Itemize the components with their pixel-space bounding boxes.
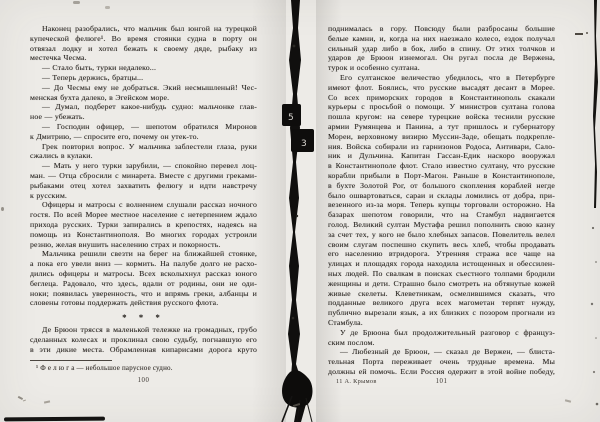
- text-line: отвязал лодку и хотел бежать к своему дя…: [30, 44, 257, 54]
- text-line: Его султанское величество убедилось, что…: [328, 73, 555, 83]
- scan-artifact-mark: [565, 399, 571, 402]
- binding-tab-2-label: 3: [301, 139, 307, 149]
- footnote: ¹ Ф е л ю г а — небольшое парусное судно…: [36, 364, 256, 372]
- text-line: — Мать у него турки зарубили, — спокойно…: [30, 161, 257, 171]
- text-line: словены готовы поддержать действия русск…: [30, 298, 257, 308]
- section-separator: * * *: [30, 313, 257, 323]
- text-line: Со всех приморских городов в Константино…: [328, 93, 555, 103]
- scan-artifact-dot: [1, 207, 4, 211]
- text-line: улицах и площадях города находила истоще…: [328, 259, 555, 269]
- binding-blob-bottom: [282, 370, 313, 407]
- text-line: имеют флот. Боялись, что русские высадят…: [328, 83, 555, 93]
- text-line: везенного из-за моря. Теперь купцы торго…: [328, 200, 555, 210]
- text-line: — До Чесмы ему не добраться. Экий несмыш…: [30, 83, 257, 93]
- text-line: голод. Великий султан Мустафа решил попо…: [328, 220, 555, 230]
- text-line: в бухте Золотой Рог, от большого скоплен…: [328, 181, 555, 191]
- text-line: белые камни, и, когда на них наезжало ко…: [328, 34, 555, 44]
- text-line: прихода русских. Турки запирались в креп…: [30, 220, 257, 230]
- text-line: ное — убежать.: [30, 112, 257, 122]
- text-line: было ошвартоваться, сараи и склады ломил…: [328, 191, 555, 201]
- text-line: публично вырезали язык, а их близких с п…: [328, 308, 555, 318]
- text-line: ман. — Отца сбросили с минарета. Вместе …: [30, 171, 257, 181]
- text-line: ским послом.: [328, 338, 555, 348]
- binding-tab-1-label: 5: [288, 113, 294, 123]
- text-line: Де Брюон трясся в маленькой тележке на г…: [30, 325, 257, 335]
- page-edge-line: [585, 0, 600, 422]
- text-line: гостя. По всей Морее местное население с…: [30, 210, 257, 220]
- text-line: ник и Дульчина. Капитан Гассан-Едик наск…: [328, 151, 555, 161]
- text-line: корабли прибыли в Порт-Магон. Раньше в К…: [328, 171, 555, 181]
- text-line: — Господин офицер, — шепотом обратился М…: [30, 122, 257, 132]
- text-line: купеческой фелюге¹. Во время стоянки суд…: [30, 34, 257, 44]
- right-page-text: поднималась в гору. Повсюду были разброс…: [328, 24, 555, 377]
- text-line: Мореи, верховному визирю Муссин-Заде, об…: [328, 132, 555, 142]
- text-line: в Константинополе флот. Стало известно с…: [328, 161, 555, 171]
- text-line: ных людей. По свалкам в поисках съестног…: [328, 269, 555, 279]
- text-line: — Стало быть, турки недалеко...: [30, 63, 257, 73]
- text-line: к Дмитрию, — спросите его, почему он уте…: [30, 132, 257, 142]
- text-line: подданные великого друга всех магометан …: [328, 298, 555, 308]
- text-line: менская бухта далеко, в Эгейском море.: [30, 93, 257, 103]
- text-line: местечка Чесма.: [30, 53, 257, 63]
- scan-artifact-mark: [44, 400, 50, 403]
- text-line: живые скелеты. Клеветникам, осмелившимся…: [328, 289, 555, 299]
- text-line: к русским.: [30, 191, 257, 201]
- text-line: а пока его увели вниз — кормить. На палу…: [30, 259, 257, 269]
- text-line: поднималась в гору. Повсюду были разброс…: [328, 24, 555, 34]
- text-line: Стамбула.: [328, 318, 555, 328]
- page-number-left: 100: [30, 377, 257, 384]
- text-line: сделанных колесах и проклинал свою судьб…: [30, 335, 257, 345]
- text-line: — Любезный де Брюон, — сказал де Вержен,…: [328, 347, 555, 357]
- scan-artifact-mark: [18, 396, 23, 400]
- text-line: ния. Войска собирали из гарнизонов Родос…: [328, 142, 555, 152]
- text-line: тельная Порта переживает очень трудные в…: [328, 357, 555, 367]
- text-line: женщины и дети. Страшно было смотреть на…: [328, 279, 555, 289]
- text-line: должны ей помочь. Если Россия одержит в …: [328, 367, 555, 377]
- text-line: — Думал, подберет какое-нибудь судно: ма…: [30, 102, 257, 112]
- text-line: турок и особенно султана.: [328, 63, 555, 73]
- footnote-rule: [30, 360, 112, 361]
- scan-artifact-dash: [575, 33, 583, 35]
- scan-artifact-mark: [23, 400, 26, 402]
- text-line: рыбаками отец хотел захватить фелюгу и и…: [30, 181, 257, 191]
- text-line: курьеры с просьбой о помощи. У министров…: [328, 102, 555, 112]
- text-line: в эти дикие места. Обрамленная кипарисам…: [30, 345, 257, 355]
- text-line: за счет тех, у кого не было хлебных запа…: [328, 230, 555, 240]
- text-line: сильный удар либо в бок, либо в спину. О…: [328, 44, 555, 54]
- scan-artifact-bottom-bar: [4, 417, 105, 422]
- text-line: пошла кругом: на севере турецкие войска …: [328, 112, 555, 122]
- page-number-right: 101: [328, 378, 555, 385]
- text-line: У де Брюона был продолжительный разговор…: [328, 328, 555, 338]
- text-line: Мальчика решили свезти на берег на ближа…: [30, 249, 257, 259]
- text-line: сжались в кулаки.: [30, 151, 257, 161]
- scan-artifact-speck: [105, 6, 110, 9]
- text-line: его населению втридорога. Утренняя страж…: [328, 249, 555, 259]
- scan-artifact-speck: [73, 1, 80, 4]
- text-line: дились офицеры и матросы. Всех всколыхну…: [30, 269, 257, 279]
- text-line: резню, желая внушить населению страх и п…: [30, 240, 257, 250]
- text-line: ударов де Брюон изнемогал. Он ругал посл…: [328, 53, 555, 63]
- book-spread-scan: Наконец разобрались, что мальчик был юнг…: [0, 0, 600, 422]
- text-line: Грек повторил вопрос. У мальчика заблест…: [30, 142, 257, 152]
- text-line: беглеца. Радовало, что здесь, вдали от р…: [30, 279, 257, 289]
- text-line: базарах шепотом говорили, что на Стамбул…: [328, 210, 555, 220]
- text-line: Офицеры и матросы с волнением слушали ра…: [30, 200, 257, 210]
- text-line: помощь из Константинополя. Во многих гор…: [30, 230, 257, 240]
- text-line: — Теперь держись, братцы...: [30, 73, 257, 83]
- left-page-text: Наконец разобрались, что мальчик был юнг…: [30, 24, 257, 355]
- binding-shadow: 5 3: [270, 0, 330, 422]
- text-line: армии Румянцева и Панина, а тут пришлось…: [328, 122, 555, 132]
- text-line: своим слугам поспешно скупить весь хлеб,…: [328, 240, 555, 250]
- scan-artifact-dot: [586, 32, 588, 34]
- text-line: Наконец разобрались, что мальчик был юнг…: [30, 24, 257, 34]
- text-line: ноки; появилась уверенность, что и впрям…: [30, 289, 257, 299]
